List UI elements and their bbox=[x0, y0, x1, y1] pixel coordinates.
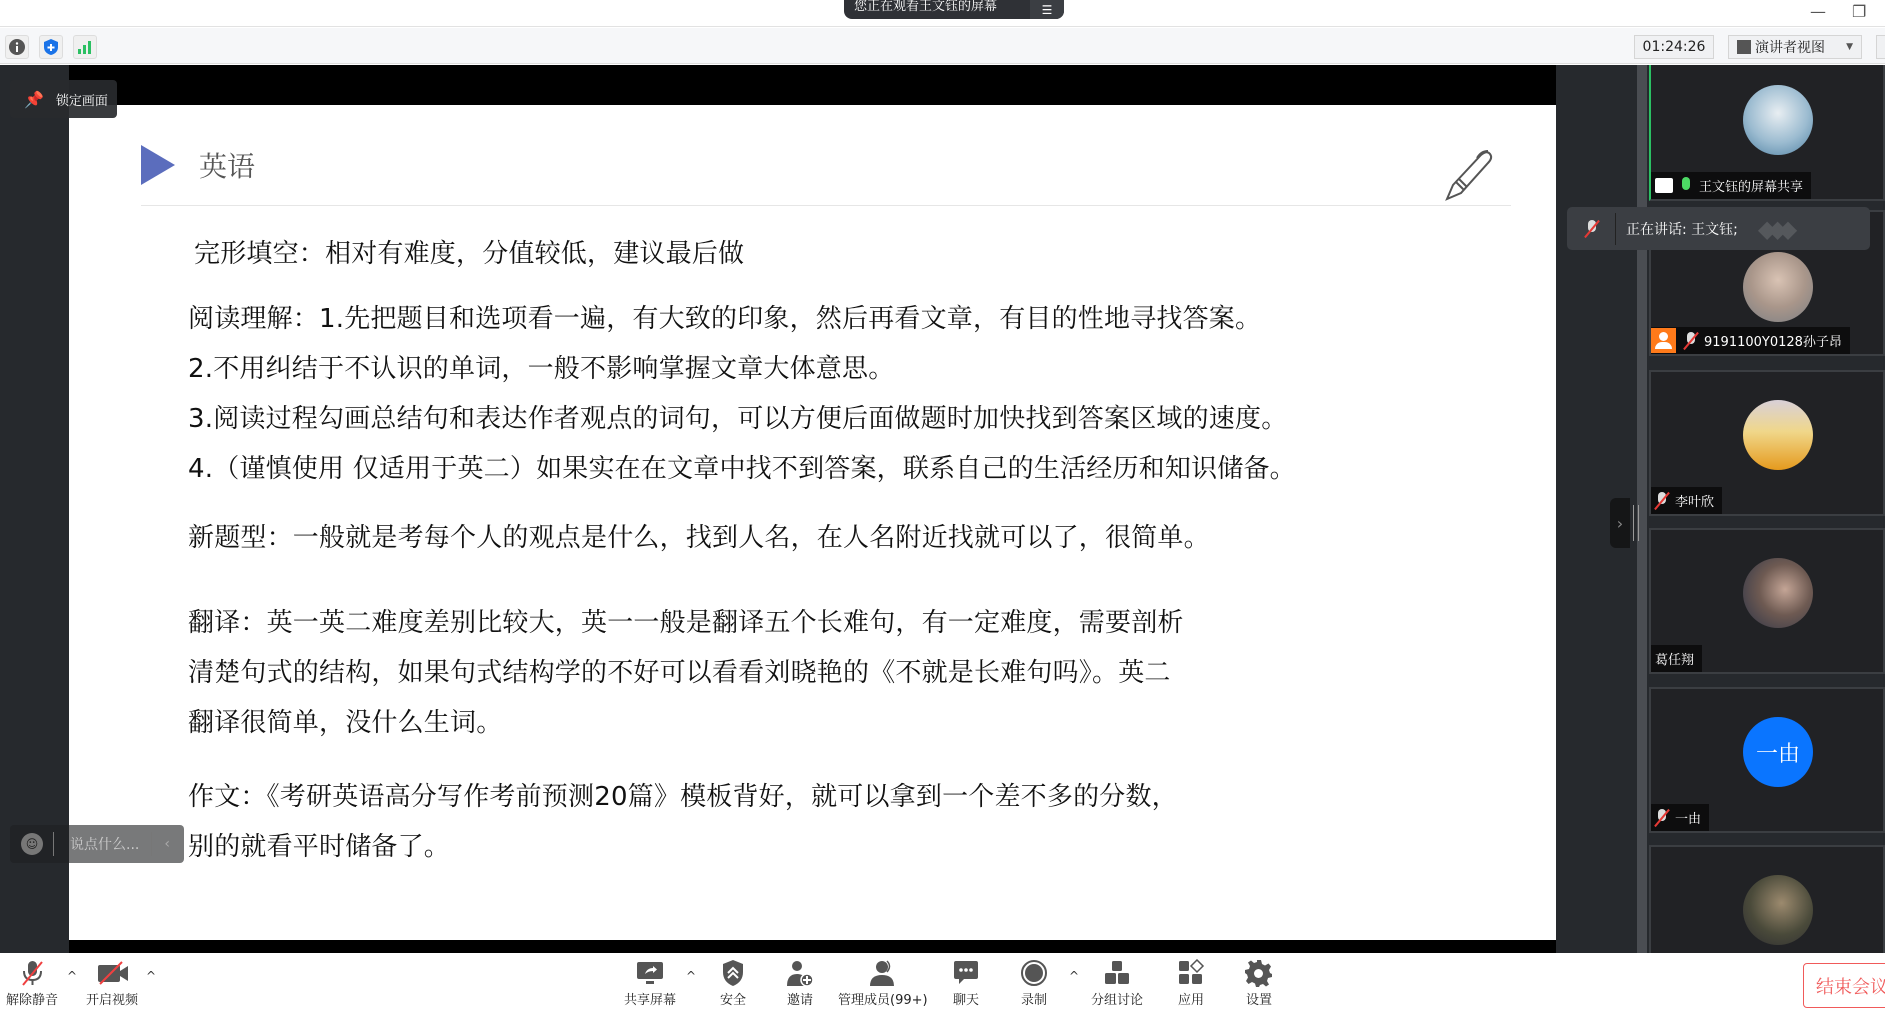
security-icon bbox=[717, 959, 749, 987]
start-video-label: 开启视频 bbox=[86, 989, 138, 1008]
settings-icon bbox=[1243, 959, 1275, 987]
chat-placeholder: 说点什么... bbox=[70, 834, 139, 854]
active-speaker-label: 正在讲话: 王文钰; bbox=[1626, 219, 1738, 239]
panel-resize-handle[interactable] bbox=[1633, 505, 1639, 541]
mic-muted-icon bbox=[1655, 809, 1669, 827]
share-screen-icon bbox=[634, 959, 666, 987]
invite-label: 邀请 bbox=[787, 989, 813, 1008]
meeting-timer: 01:24:26 bbox=[1634, 35, 1714, 59]
active-speaker-bar: 正在讲话: 王文钰; ◆◆◆ bbox=[1567, 207, 1870, 250]
avatar bbox=[1743, 400, 1813, 470]
participant-tile[interactable]: 葛任翔 bbox=[1649, 528, 1885, 674]
share-options-caret[interactable]: ^ bbox=[686, 969, 696, 983]
apps-label: 应用 bbox=[1178, 989, 1204, 1008]
triangle-bullet-icon bbox=[141, 145, 175, 185]
record-icon bbox=[1018, 959, 1050, 987]
letterbox-top bbox=[69, 65, 1556, 105]
breakout-rooms-button[interactable]: 分组讨论 bbox=[1091, 959, 1143, 1008]
avatar bbox=[1743, 252, 1813, 322]
participant-gallery: 王文钰的屏幕共享 9191100Y0128孙子昂 李叶欣 葛任翔 一由 一由 bbox=[1637, 65, 1885, 953]
slide-line: 2.不用纠结于不认识的单词，一般不影响掌握文章大体意思。 bbox=[188, 348, 894, 385]
slide-line: 新题型：一般就是考每个人的观点是什么，找到人名，在人名附近找就可以了，很简单。 bbox=[188, 517, 1210, 554]
slide-line: 作文：《考研英语高分写作考前预测20篇》模板背好，就可以拿到一个差不多的分数， bbox=[188, 776, 1178, 813]
record-button[interactable]: 录制 bbox=[1018, 959, 1050, 1008]
settings-label: 设置 bbox=[1246, 989, 1272, 1008]
start-video-button[interactable]: 开启视频 bbox=[86, 959, 138, 1008]
participant-name: 9191100Y0128孙子昂 bbox=[1704, 331, 1842, 350]
viewing-text: 您正在观看王文钰的屏幕 bbox=[844, 1, 1007, 13]
video-options-caret[interactable]: ^ bbox=[146, 969, 156, 983]
audio-options-caret[interactable]: ^ bbox=[67, 969, 77, 983]
fullscreen-icon[interactable] bbox=[1876, 35, 1885, 59]
participant-name-tag: 王文钰的屏幕共享 bbox=[1651, 172, 1811, 199]
mic-on-icon bbox=[1679, 177, 1693, 195]
slide-line: 清楚句式的结构，如果句式结构学的不好可以看看刘晓艳的《不就是长难句吗》。英二 bbox=[188, 652, 1171, 689]
record-label: 录制 bbox=[1021, 989, 1047, 1008]
slide-line: 翻译：英一英二难度差别比较大，英一一般是翻译五个长难句，有一定难度，需要剖析 bbox=[188, 602, 1184, 639]
participant-name-tag: 9191100Y0128孙子昂 bbox=[1651, 327, 1850, 354]
slide-title: 英语 bbox=[199, 145, 255, 185]
mic-muted-icon bbox=[1585, 220, 1599, 238]
participant-name: 一由 bbox=[1675, 808, 1701, 827]
participant-name-tag: 一由 bbox=[1651, 804, 1709, 831]
participant-name: 李叶欣 bbox=[1675, 491, 1714, 510]
letterbox-bottom bbox=[69, 940, 1556, 953]
record-options-caret[interactable]: ^ bbox=[1069, 969, 1079, 983]
slide-line: 别的就看平时储备了。 bbox=[188, 826, 450, 863]
separator bbox=[53, 832, 54, 856]
participant-name-tag: 葛任翔 bbox=[1651, 645, 1702, 672]
bottom-toolbar: 解除静音 ^ 开启视频 ^ 共享屏幕 ^ 安全 邀请 管理成员(99+) bbox=[0, 953, 1885, 1014]
avatar bbox=[1743, 875, 1813, 945]
security-button[interactable]: 安全 bbox=[717, 959, 749, 1008]
avatar bbox=[1743, 558, 1813, 628]
restore-icon[interactable]: ❐ bbox=[1852, 2, 1866, 21]
pen-icon bbox=[1441, 145, 1501, 205]
quick-chat-input[interactable]: ☺ 说点什么... ‹ bbox=[10, 825, 184, 863]
apps-button[interactable]: 应用 bbox=[1175, 959, 1207, 1008]
lock-screen-label: 锁定画面 bbox=[56, 90, 108, 109]
breakout-icon bbox=[1101, 959, 1133, 987]
slide-line: 阅读理解：1.先把题目和选项看一遍，有大致的印象，然后再看文章，有目的性地寻找答… bbox=[188, 298, 1261, 335]
manage-members-label: 管理成员(99+) bbox=[838, 989, 928, 1008]
chat-button[interactable]: 聊天 bbox=[950, 959, 982, 1008]
participant-tile[interactable]: 李叶欣 bbox=[1649, 370, 1885, 516]
pin-icon: 📌 bbox=[24, 90, 44, 109]
chevron-left-icon[interactable]: ‹ bbox=[164, 836, 170, 852]
participant-name-tag: 李叶欣 bbox=[1651, 487, 1722, 514]
separator bbox=[151, 832, 152, 856]
apps-icon bbox=[1175, 959, 1207, 987]
shared-screen-stage: 英语 完形填空：相对有难度，分值较低，建议最后做 阅读理解：1.先把题目和选项看… bbox=[0, 65, 1637, 953]
person-icon bbox=[1651, 328, 1676, 353]
unmute-button[interactable]: 解除静音 bbox=[6, 959, 58, 1008]
participant-name: 王文钰的屏幕共享 bbox=[1699, 176, 1803, 195]
avatar: 一由 bbox=[1743, 717, 1813, 787]
shield-icon[interactable] bbox=[39, 35, 63, 59]
members-icon bbox=[867, 959, 899, 987]
security-label: 安全 bbox=[720, 989, 746, 1008]
breakout-label: 分组讨论 bbox=[1091, 989, 1143, 1008]
title-bar: 您正在观看王文钰的屏幕 ☰ — ❐ bbox=[0, 0, 1885, 27]
slide-line: 完形填空：相对有难度，分值较低，建议最后做 bbox=[194, 233, 744, 270]
end-meeting-button[interactable]: 结束会议 bbox=[1803, 963, 1885, 1008]
emoji-icon[interactable]: ☺ bbox=[21, 833, 43, 855]
mic-muted-icon bbox=[1684, 332, 1698, 350]
settings-button[interactable]: 设置 bbox=[1243, 959, 1275, 1008]
mic-muted-icon bbox=[1655, 492, 1669, 510]
collapse-panel-button[interactable]: › bbox=[1610, 498, 1630, 548]
minimize-icon[interactable]: — bbox=[1810, 2, 1826, 21]
chevron-down-icon: ▼ bbox=[1846, 42, 1853, 52]
unmute-label: 解除静音 bbox=[6, 989, 58, 1008]
manage-members-button[interactable]: 管理成员(99+) bbox=[838, 959, 928, 1008]
screen-share-icon bbox=[1655, 178, 1673, 193]
lock-screen-button[interactable]: 📌 锁定画面 bbox=[10, 80, 117, 118]
slide-line: 翻译很简单，没什么生词。 bbox=[188, 702, 502, 739]
viewing-indicator[interactable]: 您正在观看王文钰的屏幕 ☰ bbox=[844, 0, 1064, 19]
invite-button[interactable]: 邀请 bbox=[784, 959, 816, 1008]
slide-line: 4.（谨慎使用 仅适用于英二）如果实在在文章中找不到答案，联系自己的生活经历和知… bbox=[188, 448, 1296, 485]
slide-header: 英语 bbox=[141, 145, 255, 185]
avatar bbox=[1743, 85, 1813, 155]
chat-label: 聊天 bbox=[953, 989, 979, 1008]
presentation-slide: 英语 完形填空：相对有难度，分值较低，建议最后做 阅读理解：1.先把题目和选项看… bbox=[69, 105, 1556, 940]
slide-line: 3.阅读过程勾画总结句和表达作者观点的词句，可以方便后面做题时加快找到答案区域的… bbox=[188, 398, 1287, 435]
viewing-options-icon[interactable]: ☰ bbox=[1030, 0, 1064, 19]
participant-tile[interactable]: 王文钰的屏幕共享 bbox=[1649, 65, 1885, 201]
participant-tile[interactable]: 一由 一由 bbox=[1649, 687, 1885, 833]
participant-tile[interactable] bbox=[1649, 845, 1885, 953]
share-screen-label: 共享屏幕 bbox=[624, 989, 676, 1008]
separator bbox=[1615, 213, 1616, 245]
participant-name: 葛任翔 bbox=[1655, 649, 1694, 668]
info-icon[interactable] bbox=[5, 35, 29, 59]
invite-icon bbox=[784, 959, 816, 987]
voice-wave-icon: ◆◆◆ bbox=[1758, 215, 1789, 243]
view-mode-label: 演讲者视图 bbox=[1755, 37, 1825, 57]
view-mode-dropdown[interactable]: 演讲者视图 ▼ bbox=[1728, 35, 1862, 59]
mic-muted-icon bbox=[16, 959, 48, 987]
video-off-icon bbox=[96, 959, 128, 987]
chat-icon bbox=[950, 959, 982, 987]
slide-divider bbox=[141, 205, 1511, 206]
signal-icon[interactable] bbox=[73, 35, 97, 59]
share-screen-button[interactable]: 共享屏幕 bbox=[624, 959, 676, 1008]
layout-icon bbox=[1737, 40, 1751, 54]
top-toolbar: 01:24:26 演讲者视图 ▼ bbox=[0, 28, 1885, 64]
